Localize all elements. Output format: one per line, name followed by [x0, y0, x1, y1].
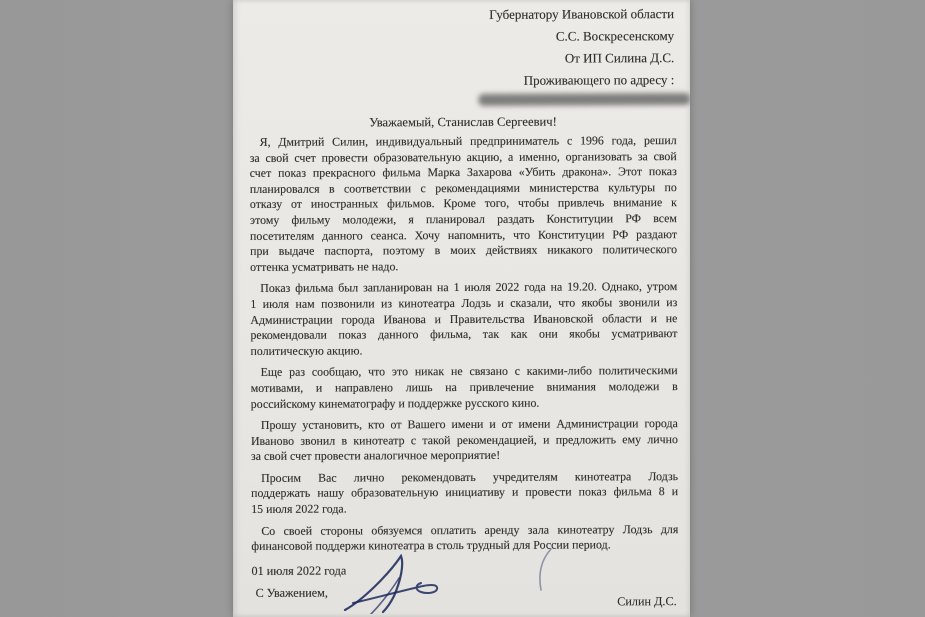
header-line: С.С. Воскресенскому [249, 25, 674, 49]
paragraph-line: за свой счет провести образовательную ак… [250, 149, 677, 166]
paragraph-line: Со своей стороны обязуемся оплатить арен… [251, 522, 678, 539]
paragraph-line: при выдаче паспорта, поэтому в моих дейс… [250, 242, 677, 259]
closing-row: С Уважением, Силин Д.С. [252, 583, 679, 611]
paragraph: Еще раз сообщаю, что это никак не связан… [251, 363, 678, 412]
paragraph-line: Показ фильма был запланирован на 1 июля … [250, 279, 677, 296]
closing-phrase: С Уважением, [252, 584, 328, 610]
paragraph-line: планировался в соответствии с рекомендац… [250, 180, 677, 197]
paragraph-line: российскому кинематографу и поддержке ру… [251, 395, 678, 412]
paragraph-line: Просим Вас лично рекомендовать учредител… [251, 469, 678, 486]
letter-date: 01 июля 2022 года [251, 561, 678, 579]
header-line: Проживающего по адресу : [249, 69, 674, 93]
paragraph-line: 15 июля 2022 года. [251, 500, 678, 517]
paragraph-line: политическую акцию. [250, 342, 677, 359]
salutation: Уважаемый, Станислав Сергеевич! [249, 113, 676, 131]
paragraph-line: мотивами, и направлено лишь на привлечен… [251, 379, 678, 396]
paragraph: Показ фильма был запланирован на 1 июля … [250, 279, 677, 359]
paragraph: Со своей стороны обязуемся оплатить арен… [251, 522, 678, 555]
header-line: От ИП Силина Д.С. [249, 47, 674, 71]
signer-name: Силин Д.С. [617, 593, 678, 609]
paragraph-line: рекомендовали показ данного фильма, так … [250, 326, 677, 343]
letter-page: Губернатору Ивановской областиС.С. Воскр… [233, 0, 690, 617]
letter-content: Губернатору Ивановской областиС.С. Воскр… [233, 0, 690, 611]
photo-background: Губернатору Ивановской областиС.С. Воскр… [0, 0, 925, 617]
paragraph-line: Еще раз сообщаю, что это никак не связан… [251, 363, 678, 380]
header-line: Губернатору Ивановской области [249, 3, 674, 27]
paragraph-line: за свой счет провести аналогичное меропр… [251, 447, 678, 464]
paragraph-line: счет показ прекрасного фильма Марка Заха… [250, 164, 677, 181]
paragraph-line: Прошу установить, кто от Вашего имени и … [251, 416, 678, 433]
letter-header: Губернатору Ивановской областиС.С. Воскр… [249, 3, 676, 93]
paragraph-line: Иваново звонил в кинотеатр с такой реком… [251, 432, 678, 449]
paragraph-line: отказу от иностранных фильмов. Кроме тог… [250, 195, 677, 212]
paragraph: Я, Дмитрий Силин, индивидуальный предпри… [250, 133, 678, 275]
redacted-address-bar [478, 93, 690, 106]
paragraph-line: 1 июля нам позвонили из кинотеатра Лодзь… [250, 295, 677, 312]
paragraph-line: Я, Дмитрий Силин, индивидуальный предпри… [250, 133, 677, 150]
paragraph-line: посетителям данного сеанса. Хочу напомни… [250, 227, 677, 244]
paragraph: Прошу установить, кто от Вашего имени и … [251, 416, 678, 465]
paragraph-line: финансовой поддержи кинотеатра в столь т… [251, 537, 678, 554]
paragraph-line: оттенка усматривать не надо. [250, 258, 677, 275]
paragraph: Просим Вас лично рекомендовать учредител… [251, 469, 678, 518]
paragraph-line: Администрации города Иванова и Правитель… [250, 311, 677, 328]
paragraph-line: этому фильму молодежи, я планировал разд… [250, 211, 677, 228]
paragraph-line: поддержать нашу образовательную инициати… [251, 485, 678, 502]
paragraph-list: Я, Дмитрий Силин, индивидуальный предпри… [250, 133, 679, 555]
